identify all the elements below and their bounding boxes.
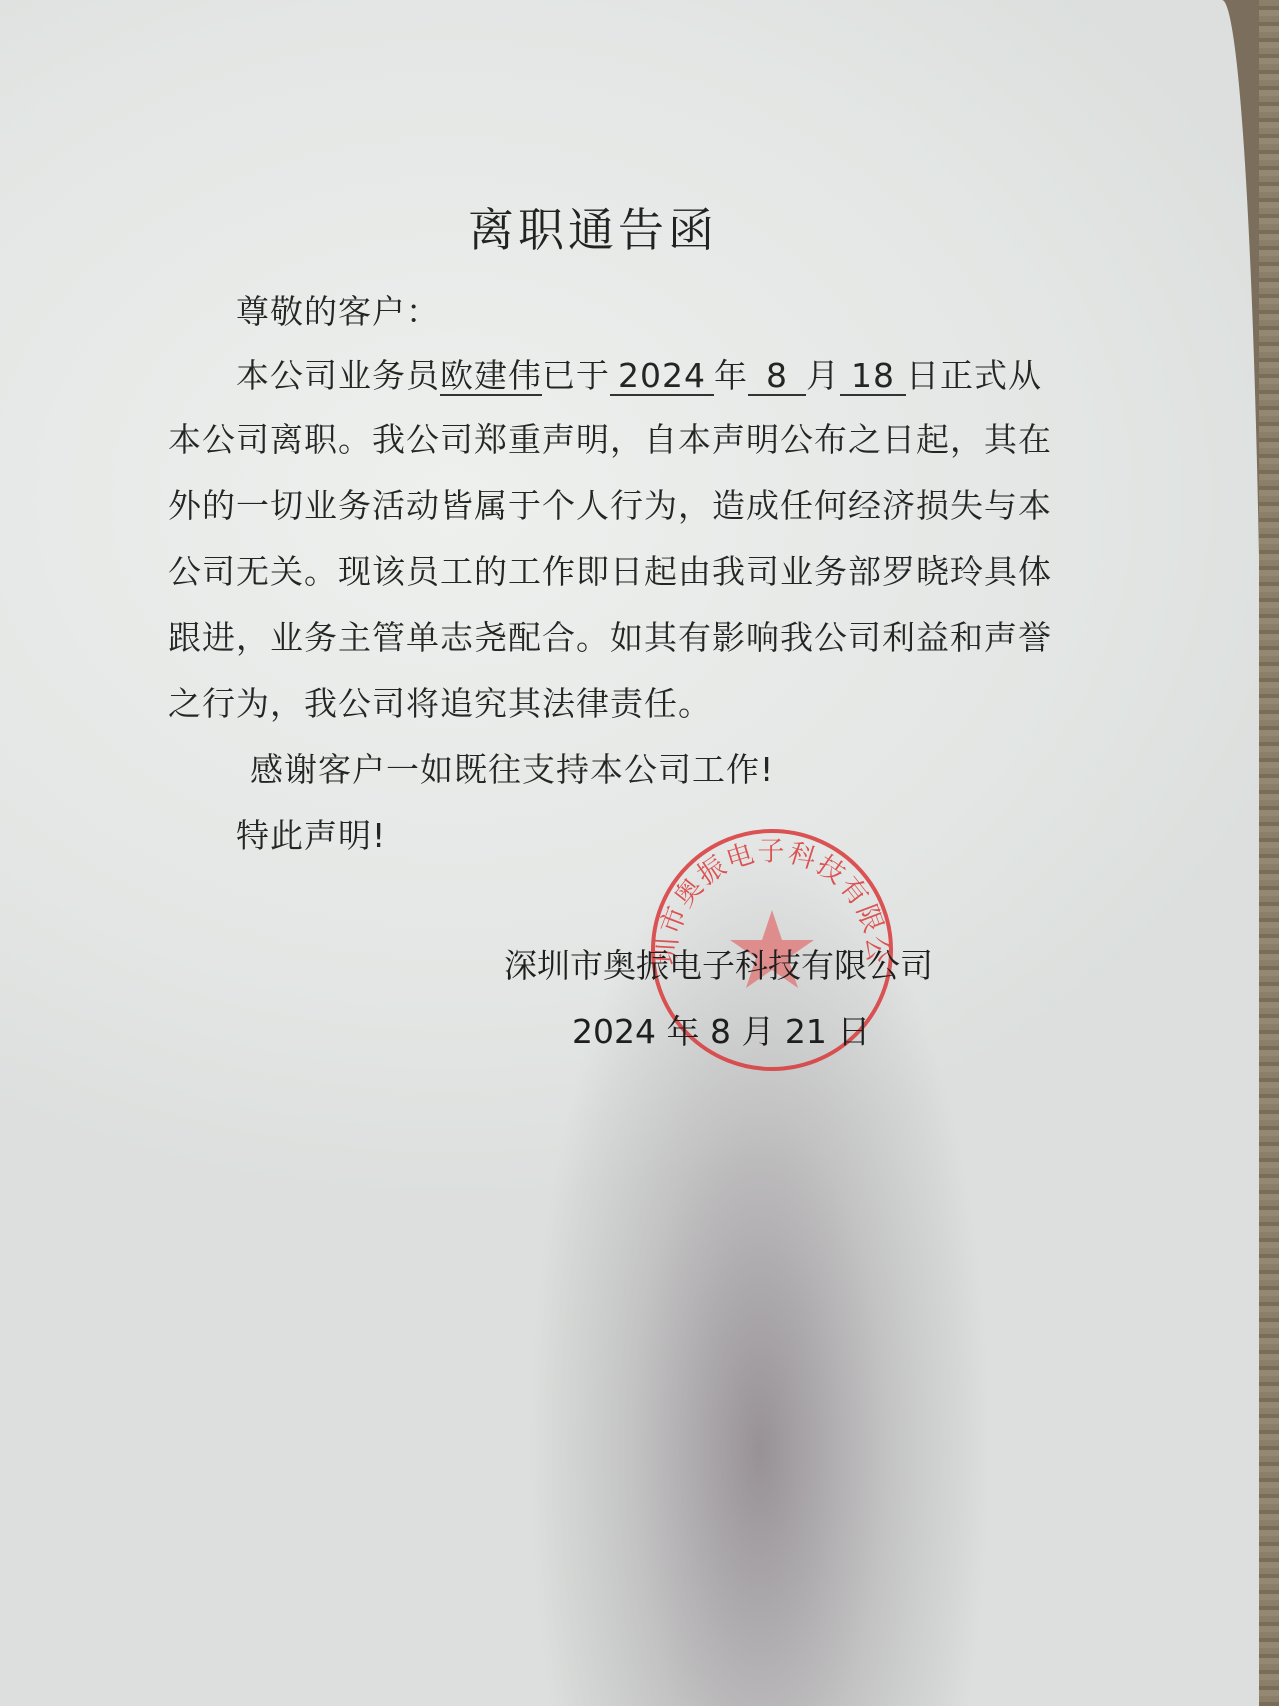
- month-unit: 月: [806, 356, 840, 395]
- body-line-1: 本公司业务员欧建伟已于2024年8月18日正式从: [236, 350, 1042, 397]
- salutation: 尊敬的客户：: [236, 286, 440, 333]
- pre-date: 已于: [542, 356, 610, 395]
- closing-line: 特此声明!: [236, 810, 386, 857]
- body-prefix: 本公司业务员: [236, 356, 440, 395]
- employee-name: 欧建伟: [440, 359, 542, 396]
- thanks-line: 感谢客户一如既往支持本公司工作!: [250, 744, 774, 791]
- signature-date: 2024 年 8 月 21 日: [572, 1006, 870, 1053]
- table-surface: [1259, 0, 1279, 1706]
- resign-day: 18: [840, 359, 906, 396]
- body-line-6: 之行为，我公司将追究其法律责任。: [168, 678, 712, 725]
- signature-company: 深圳市奥振电子科技有限公司: [504, 940, 933, 987]
- body-suffix: 日正式从: [906, 356, 1042, 395]
- resign-year: 2024: [610, 359, 714, 396]
- body-line-4: 公司无关。现该员工的工作即日起由我司业务部罗晓玲具体: [168, 546, 1052, 593]
- body-line-5: 跟进，业务主管单志尧配合。如其有影响我公司利益和声誉: [168, 612, 1052, 659]
- resign-month: 8: [748, 359, 806, 396]
- year-unit: 年: [714, 356, 748, 395]
- document-title: 离职通告函: [468, 194, 718, 260]
- body-line-2: 本公司离职。我公司郑重声明，自本声明公布之日起，其在: [168, 414, 1052, 461]
- body-line-3: 外的一切业务活动皆属于个人行为，造成任何经济损失与本: [168, 480, 1052, 527]
